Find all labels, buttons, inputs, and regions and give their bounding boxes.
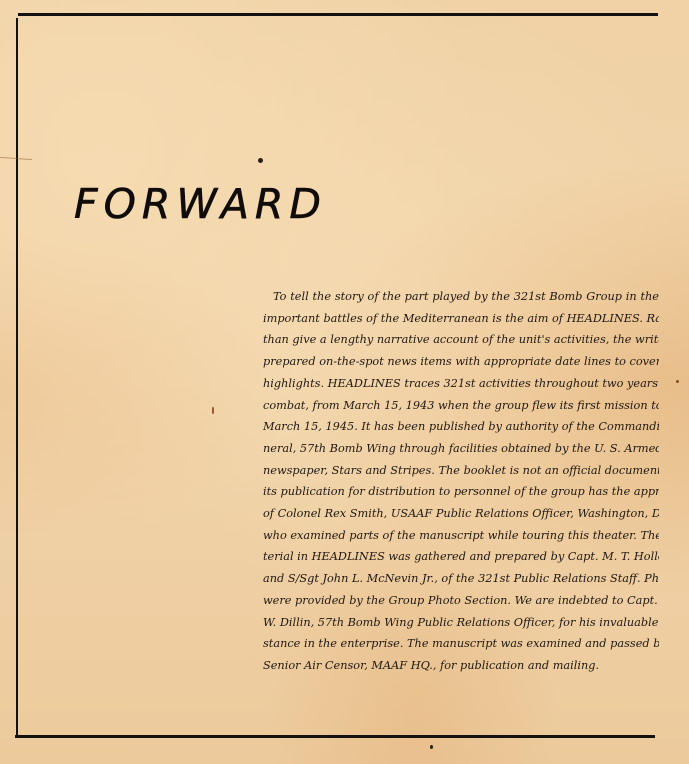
paragraph-line: To tell the story of the part played by … [263, 286, 659, 308]
paragraph-line: who examined parts of the manuscript whi… [263, 525, 659, 547]
paragraph-line: prepared on-the-spot news items with app… [263, 351, 659, 373]
bottom-border-rule [15, 735, 655, 738]
paragraph-line: stance in the enterprise. The manuscript… [263, 633, 659, 655]
ink-speck [212, 407, 214, 414]
paragraph-line: than give a lengthy narrative account of… [263, 329, 659, 351]
top-border-rule [18, 13, 658, 16]
ink-speck [676, 380, 679, 383]
ink-speck [258, 158, 263, 163]
paragraph-line: highlights. HEADLINES traces 321st activ… [263, 373, 659, 395]
paragraph-line: March 15, 1945. It has been published by… [263, 416, 659, 438]
paragraph-line: were provided by the Group Photo Section… [263, 590, 659, 612]
page-title: FORWARD [74, 184, 327, 225]
left-border-rule [16, 18, 18, 737]
paragraph-line: its publication for distribution to pers… [263, 481, 659, 503]
forward-paragraph: To tell the story of the part played by … [263, 286, 659, 677]
ink-speck [430, 745, 433, 749]
paragraph-line: and S/Sgt John L. McNevin Jr., of the 32… [263, 568, 659, 590]
paragraph-line: W. Dillin, 57th Bomb Wing Public Relatio… [263, 612, 659, 634]
paragraph-line: newspaper, Stars and Stripes. The bookle… [263, 460, 659, 482]
paragraph-line: Senior Air Censor, MAAF HQ., for publica… [263, 655, 659, 677]
paragraph-line: of Colonel Rex Smith, USAAF Public Relat… [263, 503, 659, 525]
paragraph-line: combat, from March 15, 1943 when the gro… [263, 395, 659, 417]
paragraph-line: important battles of the Mediterranean i… [263, 308, 659, 330]
paragraph-line: neral, 57th Bomb Wing through facilities… [263, 438, 659, 460]
paragraph-line: terial in HEADLINES was gathered and pre… [263, 546, 659, 568]
